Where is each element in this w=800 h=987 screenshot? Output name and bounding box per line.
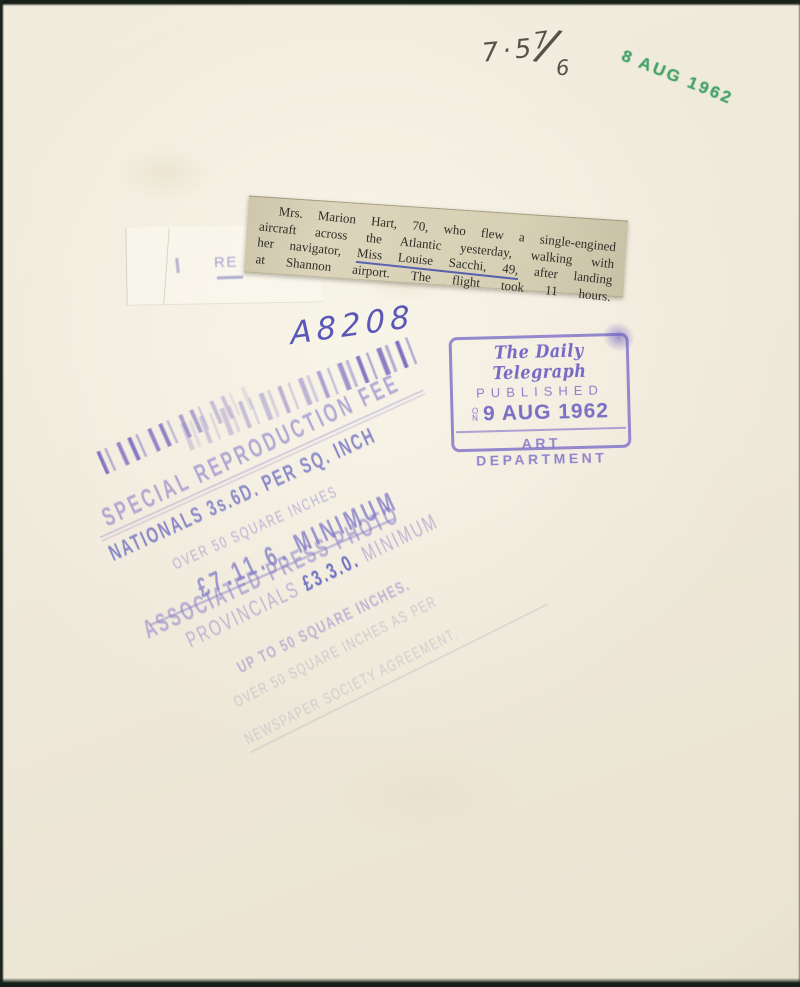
scan-edge-top	[0, 0, 800, 6]
scan-edge-left	[0, 0, 4, 987]
pencil-price-lead: 7·5	[481, 33, 537, 68]
stamp-department-label: ART DEPARTMENT	[454, 433, 629, 470]
stamp-published-date: 9 AUG 1962	[483, 399, 610, 426]
scan-edge-bottom	[0, 978, 800, 987]
photo-verso-scan: 7·5 7 / 6 8 AUG 1962 RE Mrs. Marion Hart…	[0, 0, 800, 987]
stamp-divider-line	[456, 427, 626, 433]
stamp-published-label: PUBLISHED	[453, 382, 627, 402]
stamp-paper-name: The Daily Telegraph	[452, 339, 627, 385]
pencil-price-note: 7·5 7 / 6	[482, 26, 592, 94]
partial-stamp-letters: RE	[214, 254, 238, 272]
received-date-stamp: 8 AUG 1962	[619, 46, 737, 109]
stamp-date-prefix: ON	[472, 408, 481, 422]
daily-telegraph-stamp: The Daily Telegraph PUBLISHED ON 9 AUG 1…	[449, 333, 632, 453]
pencil-price-denominator: 6	[555, 55, 570, 80]
paper-stain	[330, 750, 520, 840]
paper-stain	[118, 146, 213, 201]
stamp-date-row: ON 9 AUG 1962	[453, 399, 628, 428]
